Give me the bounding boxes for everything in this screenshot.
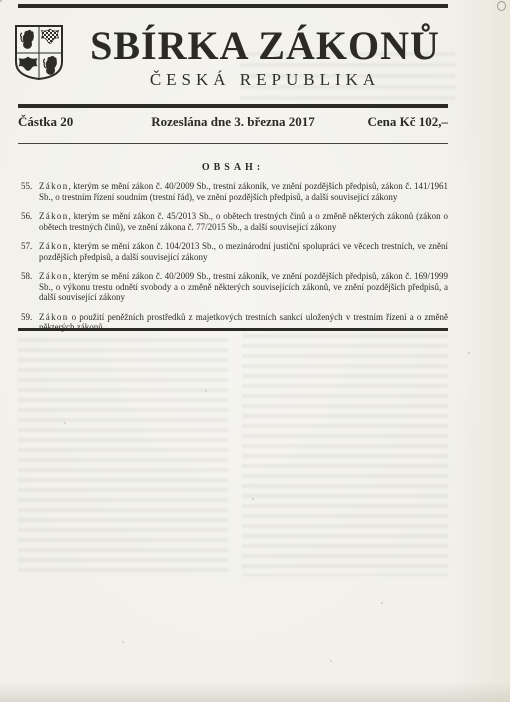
toc-item-number: 59. — [21, 312, 32, 323]
toc-item-number: 57. — [21, 241, 32, 252]
toc-item: 57. Zákon, kterým se mění zákon č. 104/2… — [21, 241, 448, 262]
toc-item-lead: Zákon — [39, 211, 69, 221]
toc-item-text: Zákon, kterým se mění zákon č. 40/2009 S… — [39, 181, 448, 202]
scan-corner-mark — [497, 1, 506, 11]
toc-item-rest: , kterým se mění zákon č. 104/2013 Sb., … — [39, 241, 448, 262]
toc-item-text: Zákon, kterým se mění zákon č. 45/2013 S… — [39, 211, 448, 232]
toc-list: 55. Zákon, kterým se mění zákon č. 40/20… — [21, 181, 448, 342]
masthead-rule-divider — [18, 104, 448, 108]
toc-item: 58. Zákon, kterým se mění zákon č. 40/20… — [21, 271, 448, 303]
toc-item-text: Zákon, kterým se mění zákon č. 104/2013 … — [39, 241, 448, 262]
toc-item-lead: Zákon — [39, 241, 69, 251]
toc-bottom-rule-divider — [18, 328, 448, 331]
toc-heading: OBSAH: — [18, 162, 448, 173]
toc-item-rest: , kterým se mění zákon č. 40/2009 Sb., t… — [39, 181, 448, 202]
price: Cena Kč 102,– — [315, 114, 448, 130]
czech-coat-of-arms-icon — [14, 24, 64, 80]
toc-item-number: 55. — [21, 181, 32, 192]
toc-item-rest: , kterým se mění zákon č. 45/2013 Sb., o… — [39, 211, 448, 232]
toc-item: 55. Zákon, kterým se mění zákon č. 40/20… — [21, 181, 448, 202]
publication-subtitle: ČESKÁ REPUBLIKA — [82, 70, 448, 90]
toc-item-lead: Zákon — [39, 181, 69, 191]
issue-bar-rule-divider — [18, 143, 448, 144]
sbirka-zakonu-title-page: SBÍRKA ZÁKONŮ ČESKÁ REPUBLIKA Částka 20 … — [0, 0, 510, 702]
issue-info-bar: Částka 20 Rozeslána dne 3. března 2017 C… — [18, 114, 448, 130]
publication-title: SBÍRKA ZÁKONŮ — [82, 25, 448, 67]
scan-speckles — [0, 0, 2, 2]
top-rule-divider — [18, 4, 448, 8]
toc-item-rest: , kterým se mění zákon č. 40/2009 Sb., t… — [39, 271, 448, 302]
toc-item: 56. Zákon, kterým se mění zákon č. 45/20… — [21, 211, 448, 232]
toc-item-lead: Zákon — [39, 312, 69, 322]
distribution-date: Rozeslána dne 3. března 2017 — [151, 114, 315, 130]
toc-item-lead: Zákon — [39, 271, 69, 281]
bleedthrough-artifact — [18, 338, 228, 576]
toc-item-number: 58. — [21, 271, 32, 282]
issue-number: Částka 20 — [18, 114, 151, 130]
toc-item-text: Zákon, kterým se mění zákon č. 40/2009 S… — [39, 271, 448, 303]
toc-item-number: 56. — [21, 211, 32, 222]
bleedthrough-artifact — [242, 334, 448, 576]
